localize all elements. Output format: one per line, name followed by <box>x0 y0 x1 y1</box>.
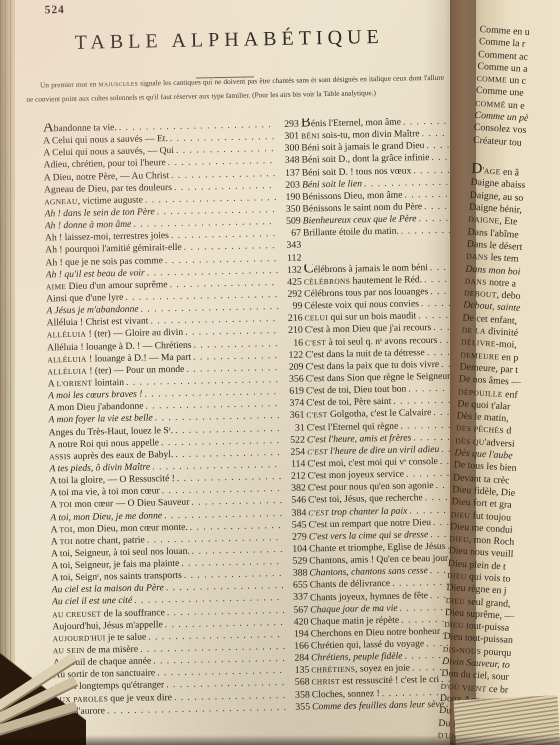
dot-leader <box>364 176 450 189</box>
dot-leader <box>162 483 282 496</box>
entry-page-number: 384 <box>284 507 306 518</box>
entry-title: A tes pieds, ô divin Maître <box>49 461 150 474</box>
dot-leader <box>430 286 452 297</box>
entry-page-number: 509 <box>279 216 301 227</box>
dot-leader <box>145 192 277 206</box>
entry-title: Béni soit D., dont la grâce infinie <box>301 152 429 165</box>
dot-leader <box>185 325 279 338</box>
facing-page: Comme en u Comme la r Comment ac Comme u… <box>450 0 560 745</box>
entry-page-number: 203 <box>278 179 300 190</box>
entry-title: Agneau de Dieu, par tes douleurs <box>44 182 172 195</box>
entry-title: A Jésus je m'abandonne <box>46 304 138 317</box>
entry-page-number: 522 <box>283 434 305 445</box>
dot-leader <box>404 189 450 201</box>
entry-title: Ah ! donne à mon âme <box>45 219 132 232</box>
dot-leader <box>171 168 276 181</box>
entry-title: Célébrons à jamais le nom béni <box>304 262 428 275</box>
dot-leader <box>174 690 286 703</box>
entry-page-number: 348 <box>277 155 299 166</box>
dot-leader <box>167 605 285 618</box>
entry-title: C'est l'heure, amis et frères <box>307 432 412 445</box>
entry-page-number: 137 <box>278 167 300 178</box>
entry-page-number: 374 <box>282 398 304 409</box>
entry-title: A Celui qui nous a sauvés, — Qui <box>43 145 174 159</box>
entry-title: C'est de toi, Père saint <box>306 396 391 409</box>
entry-page-number: 293 <box>277 119 299 130</box>
dot-leader <box>150 313 278 326</box>
dot-leader <box>147 265 278 279</box>
dot-leader <box>168 155 276 168</box>
entry-page-number: 546 <box>284 495 306 506</box>
folio-page-number: 524 <box>45 4 65 16</box>
entry-title: A toi ma vie, à toi mon cœur <box>50 486 160 499</box>
entry-page-number: 16 <box>281 337 303 348</box>
dot-leader <box>181 556 283 569</box>
dot-leader <box>413 431 455 443</box>
dot-leader <box>175 447 281 460</box>
entry-page-number: 135 <box>287 665 309 676</box>
entry-title: A moi les cœurs braves ! <box>48 389 143 402</box>
dot-leader <box>165 617 285 630</box>
entry-title: Abandonne ta vie. <box>43 122 117 134</box>
entry-page-number: 194 <box>287 628 309 639</box>
entry-title: Au ciel est la maison du Père <box>52 583 164 596</box>
dot-leader <box>431 152 449 163</box>
entry-page-number: 209 <box>281 361 303 372</box>
book-photo: 524 TABLE ALPHABÉTIQUE Un premier mot en… <box>0 0 560 745</box>
dot-leader <box>186 362 279 375</box>
dot-leader <box>193 350 279 363</box>
entry-page-number: 425 <box>280 276 302 287</box>
entry-title: Chrétiens, peuple fidèle <box>311 651 403 664</box>
entry-page-number: 350 <box>278 204 300 215</box>
entry-title: CÉLÉBRONS hautement le Réd. <box>304 274 422 287</box>
index-right-column: Bénis l'Eternel, mon âme BÉNI sois-tu, m… <box>301 116 466 714</box>
dot-leader <box>192 544 283 557</box>
dot-leader <box>171 228 277 241</box>
entry-title: Aujourd'hui, Jésus m'appelle <box>52 619 163 632</box>
dot-leader <box>184 240 278 253</box>
entry-title: Ah ! qu'il est beau de voir <box>46 267 145 280</box>
dot-leader <box>430 261 452 272</box>
entry-title: Au ciel il est une cité <box>52 595 132 608</box>
entry-page-number: 210 <box>281 325 303 336</box>
entry-title: Alléluia ! Christ est vivant <box>47 316 149 329</box>
dot-leader <box>165 253 278 266</box>
dot-leader <box>413 164 450 176</box>
dot-leader <box>418 213 450 225</box>
entry-title: Bénissons Dieu, mon âme <box>302 189 402 202</box>
dot-leader <box>177 471 282 484</box>
dot-leader <box>176 143 276 156</box>
dot-leader <box>175 422 281 435</box>
dot-leader <box>153 653 285 667</box>
entry-title: A mon foyer la vie est belle <box>48 413 152 426</box>
entry-title: Bénissons le saint nom du Père <box>302 201 422 214</box>
entry-title: Chaque matin je répète <box>310 615 399 628</box>
entry-title: Chaque jour de ma vie <box>310 602 398 615</box>
entry-title: Ah ! dans le sein de ton Père <box>44 206 154 219</box>
entry-page-number: 388 <box>285 568 307 579</box>
entry-title: C'est à mon Dieu que j'ai recours <box>305 322 432 335</box>
entry-title: Comme la r <box>479 36 526 50</box>
entry-page-number: 355 <box>288 701 310 712</box>
entry-title: C'EST à toi seul q. nˢ avons recours <box>305 334 438 348</box>
entry-page-number: 301 <box>277 131 299 142</box>
entry-title: CHRIST est ressuscité ! c'est le cri <box>311 674 439 687</box>
entry-title: C'est un rempart que notre Dieu <box>308 517 431 530</box>
entry-page-number: 619 <box>282 386 304 397</box>
dot-leader <box>170 131 275 144</box>
fore-edge-page-stack <box>454 695 560 745</box>
entry-title: CELUI qui sur un bois maudit <box>304 311 416 324</box>
section-gap <box>303 237 457 264</box>
entry-page-number: 567 <box>286 604 308 615</box>
entry-title: C'est toi, Jésus, que recherche <box>308 493 423 506</box>
page-title: TABLE ALPHABÉTIQUE <box>43 25 415 55</box>
entry-page-number: 114 <box>283 458 305 469</box>
entry-title: A toi, Seignʳ, nos saints transports <box>51 570 181 583</box>
dot-leader <box>184 568 284 581</box>
entry-title: Bénis l'Eternel, mon âme <box>301 117 401 130</box>
dot-leader <box>421 298 453 310</box>
entry-page-number: 122 <box>281 349 303 360</box>
entry-title: C'est pour nous qu'en son agonie <box>308 480 434 493</box>
facing-page-text: Comme en u Comme la r Comment ac Comme u… <box>437 24 560 745</box>
dot-leader <box>191 495 282 508</box>
dot-leader <box>406 468 456 480</box>
entry-title: Célébrons tous par nos louanges <box>304 286 428 299</box>
entry-page-number: 292 <box>280 289 302 300</box>
dot-leader <box>424 274 452 286</box>
entry-title: A Dieu, notre Père, — Au Christ <box>44 170 169 183</box>
entry-title: CHRÉTIENS, soyez en joie <box>311 663 410 676</box>
entry-page-number: 104 <box>285 543 307 554</box>
dot-leader <box>193 338 279 351</box>
entry-title: A toi, mon Dieu, je me donne <box>50 510 162 523</box>
entry-title: Chants de délivrance <box>310 578 391 591</box>
entry-title: Bienheureux ceux que le Père <box>303 213 417 226</box>
dot-leader <box>393 395 454 407</box>
entry-title: Béni soit D. ! tous nos vœux <box>302 165 412 178</box>
entry-page-number: 216 <box>280 313 302 324</box>
entry-title: BÉNI sois-tu, mon divin Maître <box>301 128 420 141</box>
dot-leader <box>169 277 278 290</box>
dot-leader <box>190 520 283 533</box>
dot-leader <box>174 180 276 193</box>
entry-title: C'est mon joyeux service <box>308 469 405 482</box>
entry-title: A mon Dieu j'abandonne <box>48 401 143 414</box>
entry-title: A toi, Seigneur, je fais ma plainte <box>51 558 179 571</box>
entry-page-number: 361 <box>282 410 304 421</box>
entry-page-number: 358 <box>288 689 310 700</box>
entry-page-number: 337 <box>286 592 308 603</box>
dot-leader <box>157 665 285 678</box>
entry-page-number: 382 <box>284 483 306 494</box>
entry-title: ASSIS auprès des eaux de Babyl. <box>49 449 173 462</box>
entry-page-number: 254 <box>283 446 305 457</box>
entry-title: Céleste voix qui nous convies <box>304 298 419 311</box>
entry-title: Chantons, chantons sans cesse <box>309 565 428 578</box>
dot-leader <box>422 128 450 140</box>
entry-page-number: 99 <box>280 301 302 312</box>
entry-title: C'est moi, c'est moi qui vˢ console <box>307 456 438 470</box>
left-page-stack-edge <box>0 0 15 745</box>
dot-leader <box>401 225 451 237</box>
dot-leader <box>164 507 282 520</box>
entry-page-number: 112 <box>279 252 301 263</box>
entry-title: A toi la gloire, — O Ressuscité ! <box>50 473 175 486</box>
entry-page-number: 31 <box>283 422 305 433</box>
entry-title: C'est dans la nuit de ta détresse <box>305 347 425 360</box>
entry-title: Ah ! que je ne sois pas comme <box>45 255 163 268</box>
entry-page-number: 279 <box>285 531 307 542</box>
dot-leader <box>426 140 449 151</box>
entry-title: A TOI notre chant, patrie <box>51 534 145 547</box>
entry-title: Chants joyeux, hymnes de fête <box>310 590 428 603</box>
entry-title: C'EST trop chanter la paix <box>308 505 407 518</box>
entry-page-number: 284 <box>287 653 309 664</box>
entry-page-number: 568 <box>287 677 309 688</box>
left-page: 524 TABLE ALPHABÉTIQUE Un premier mot en… <box>4 0 456 745</box>
entry-title: AGNEAU, victime auguste <box>44 194 143 207</box>
entry-title: A Celui qui nous a sauvés — Et. <box>43 133 168 146</box>
entry-page-number: 420 <box>286 616 308 627</box>
entry-title: Ah ! laissez-moi, terrestres joies <box>45 230 169 243</box>
entry-title: Ainsi que d'une lyre <box>46 292 123 304</box>
entry-page-number: 545 <box>284 519 306 530</box>
entry-page-number: 132 <box>280 264 302 275</box>
entry-title: Adieu, chrétien, pour toi l'heure <box>44 158 166 171</box>
entry-page-number: 67 <box>279 228 301 239</box>
dot-leader <box>161 435 281 448</box>
dot-leader <box>107 702 286 716</box>
entry-page-number: 166 <box>287 641 309 652</box>
entry-page-number: 529 <box>285 556 307 567</box>
dot-leader <box>408 383 454 395</box>
entry-title: Comme des feuilles dans leur sève <box>312 699 444 713</box>
dot-leader <box>152 459 281 472</box>
dot-leader <box>424 201 451 213</box>
entry-title: A L'ORIENT lointain <box>48 377 124 389</box>
entry-page-number: 190 <box>278 191 300 202</box>
entry-title: C'est vers la cime qui se dresse <box>309 529 429 542</box>
entry-title: Béni soit à jamais le grand Dieu <box>301 140 424 153</box>
entry-title: C'est l'Eternel qui règne <box>307 420 399 433</box>
entry-page-number: 212 <box>284 471 306 482</box>
dot-leader <box>166 580 284 593</box>
dot-leader <box>418 310 452 322</box>
dot-leader <box>403 116 449 128</box>
entry-page-number: 343 <box>279 240 301 251</box>
left-page-content: 524 TABLE ALPHABÉTIQUE Un premier mot en… <box>3 0 469 745</box>
entry-page-number: 655 <box>286 580 308 591</box>
entry-page-number: 300 <box>277 143 299 154</box>
entry-title: A notre Roi qui nous appelle <box>49 437 159 450</box>
entry-title: AIME Dieu d'un amour suprême <box>46 279 168 292</box>
dot-leader <box>155 410 281 423</box>
entry-title: Brillante étoile du matin. <box>303 226 399 239</box>
entry-page-number: 356 <box>282 373 304 384</box>
dot-leader <box>400 419 455 431</box>
entry-title: Chrétien qui, lassé du voyage <box>311 638 424 651</box>
dot-leader <box>157 204 277 217</box>
index-left-column: Abandonne ta vie. 293 A Celui qui nous a… <box>43 119 310 719</box>
entry-title: Cloches, sonnez ! <box>312 688 380 700</box>
entry-title: Anges du Très-Haut, louez le Sʳ. <box>49 425 174 438</box>
dot-leader <box>166 677 286 690</box>
entry-title: Béni soit le lien <box>302 178 362 190</box>
entry-title: C'est de toi, Dieu tout bon <box>306 384 407 397</box>
entry-title: AU CREUSET de la souffrance <box>52 607 165 620</box>
entry-title: C'EST Golgotha, c'est le Calvaire <box>306 407 431 420</box>
entry-title: Cherchons en Dieu notre bonheur <box>311 626 441 639</box>
